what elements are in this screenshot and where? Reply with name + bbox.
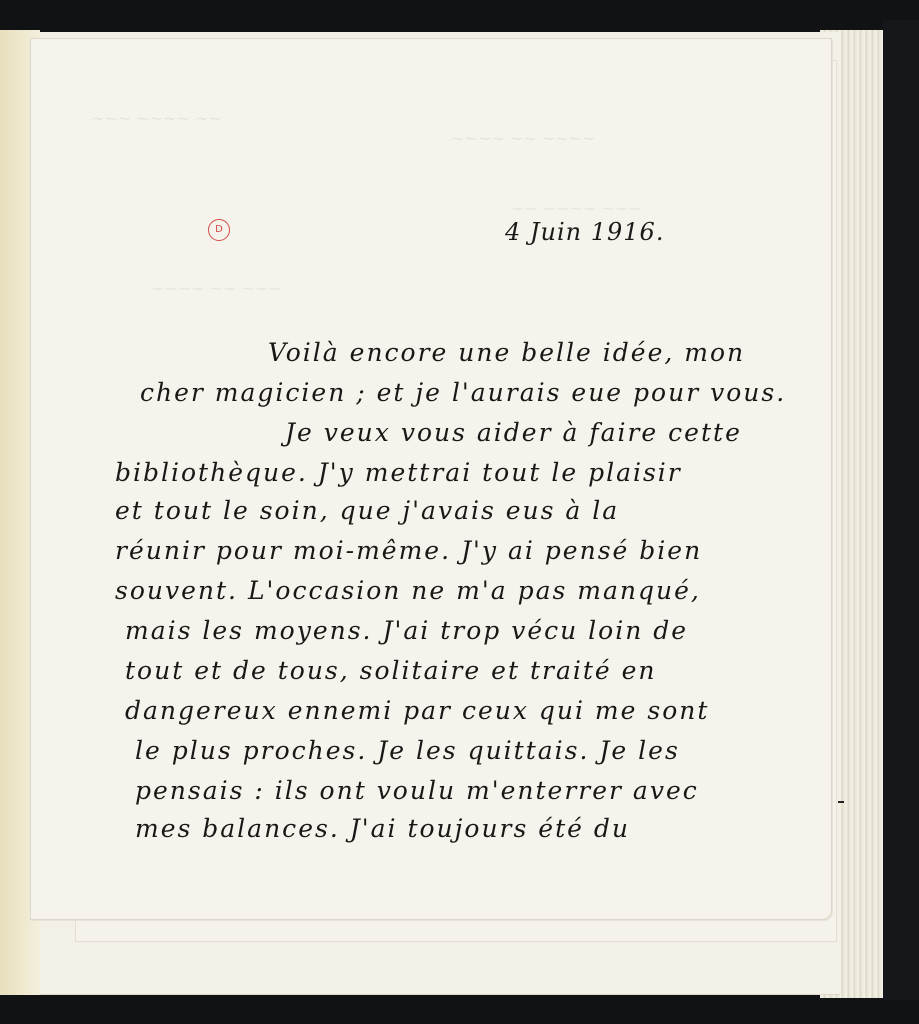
letter-line-10: dangereux ennemi par ceux qui me sont <box>125 696 709 725</box>
letter-line-7: souvent. L'occasion ne m'a pas manqué, <box>115 576 701 605</box>
letter-line-11: le plus proches. Je les quittais. Je les <box>135 736 680 765</box>
margin-mark <box>838 801 844 803</box>
letter-line-6: réunir pour moi-même. J'y ai pensé bien <box>115 536 702 565</box>
letter-line-12: pensais : ils ont voulu m'enterrer avec <box>135 776 699 805</box>
letter-line-5: et tout le soin, que j'avais eus à la <box>115 496 619 525</box>
letter-line-4: bibliothèque. J'y mettrai tout le plaisi… <box>115 458 682 487</box>
archive-stamp: D <box>208 219 230 241</box>
book-cover-right <box>883 20 919 1000</box>
bleed-through-text: ~~~~ ~~ ~~~ <box>151 279 282 298</box>
bleed-through-text: ~~~~ ~~ ~~~~ <box>451 129 595 148</box>
letter-date: 4 Juin 1916. <box>505 218 664 246</box>
bleed-through-text: ~~ ~~~~ ~~~ <box>511 199 642 218</box>
letter-line-2: cher magicien ; et je l'aurais eue pour … <box>140 378 786 407</box>
bleed-through-text: ~~~ ~~~~ ~~ <box>91 109 222 128</box>
letter-line-9: tout et de tous, solitaire et traité en <box>125 656 657 685</box>
letter-line-8: mais les moyens. J'ai trop vécu loin de <box>125 616 688 645</box>
letter-line-1: Voilà encore une belle idée, mon <box>268 338 745 367</box>
letter-line-3: Je veux vous aider à faire cette <box>285 418 742 447</box>
letter-line-13: mes balances. J'ai toujours été du <box>135 814 630 843</box>
